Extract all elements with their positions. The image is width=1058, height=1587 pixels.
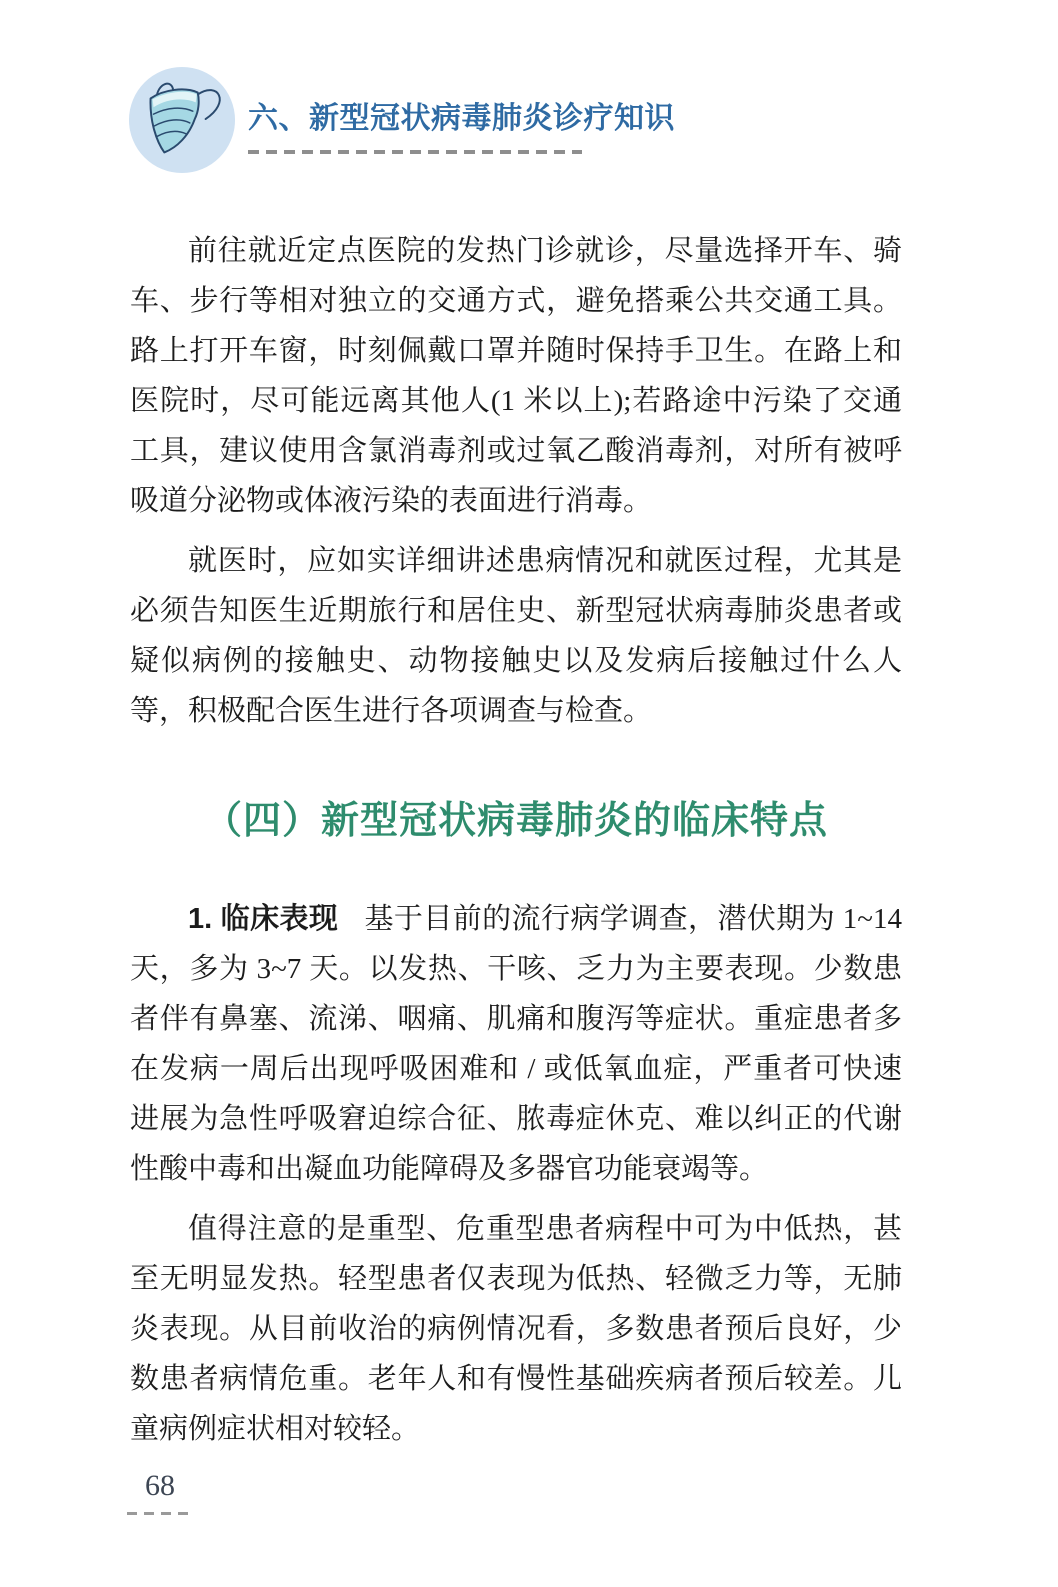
face-mask-icon (128, 66, 236, 174)
paragraph-seeking-medical-care: 就医时，应如实详细讲述患病情况和就医过程，尤其是必须告知医生近期旅行和居住史、新… (130, 536, 902, 736)
clinical-manifestations-label: 1. 临床表现 (188, 903, 338, 935)
clinical-manifestations-text: 基于目前的流行病学调查，潜伏期为 1~14 天，多为 3~7 天。以发热、干咳、… (130, 903, 902, 1185)
page-content: 前往就近定点医院的发热门诊就诊，尽量选择开车、骑车、步行等相对独立的交通方式，避… (130, 226, 902, 1464)
footer-dashes (127, 1512, 193, 1515)
paragraph-travel-advice: 前往就近定点医院的发热门诊就诊，尽量选择开车、骑车、步行等相对独立的交通方式，避… (130, 226, 902, 526)
title-underline-dashes (248, 150, 582, 154)
section-heading: （四）新型冠状病毒肺炎的临床特点 (130, 792, 902, 850)
page-footer: 68 (127, 1468, 193, 1515)
header-text-block: 六、新型冠状病毒肺炎诊疗知识 (248, 100, 675, 154)
page-number: 68 (127, 1468, 193, 1504)
chapter-header: 六、新型冠状病毒肺炎诊疗知识 (0, 0, 1058, 200)
book-page: 六、新型冠状病毒肺炎诊疗知识 前往就近定点医院的发热门诊就诊，尽量选择开车、骑车… (0, 0, 1058, 1587)
chapter-title: 六、新型冠状病毒肺炎诊疗知识 (248, 100, 675, 138)
paragraph-severity-note: 值得注意的是重型、危重型患者病程中可为中低热，甚至无明显发热。轻型患者仅表现为低… (130, 1204, 902, 1454)
paragraph-clinical-manifestations: 1. 临床表现基于目前的流行病学调查，潜伏期为 1~14 天，多为 3~7 天。… (130, 894, 902, 1194)
